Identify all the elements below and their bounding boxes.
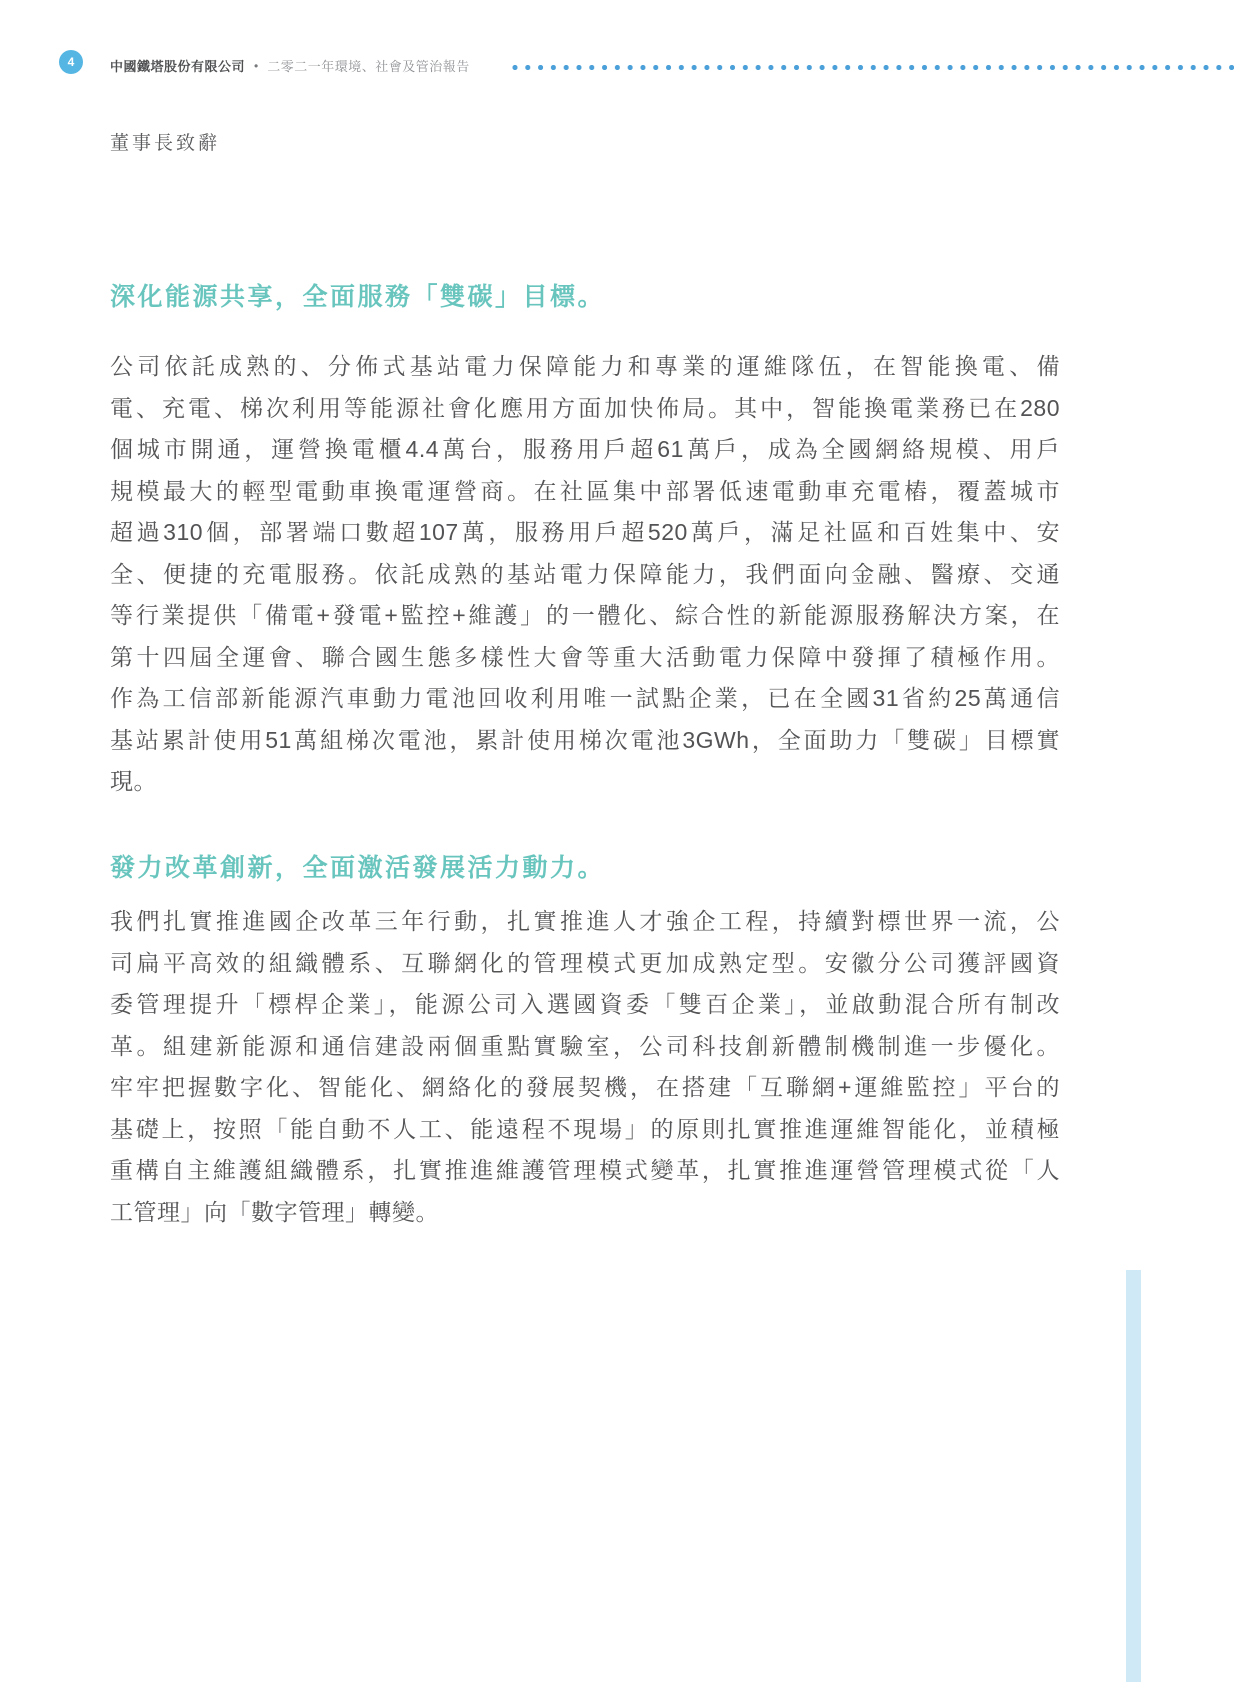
paragraph-line: 作為工信部新能源汽車動力電池回收利用唯一試點企業，已在全國31省約25萬通信 xyxy=(110,678,1060,720)
paragraph-line: 我們扎實推進國企改革三年行動，扎實推進人才強企工程，持續對標世界一流，公 xyxy=(110,901,1060,943)
paragraph-energy-sharing: 公司依託成熟的、分佈式基站電力保障能力和專業的運維隊伍，在智能換電、備電、充電、… xyxy=(110,346,1060,803)
paragraph-line: 個城市開通，運營換電櫃4.4萬台，服務用戶超61萬戶，成為全國網絡規模、用戶 xyxy=(110,429,1060,471)
section-heading-energy-sharing: 深化能源共享，全面服務「雙碳」目標。 xyxy=(110,280,605,314)
paragraph-line: 現。 xyxy=(110,761,1060,803)
paragraph-line: 基站累計使用51萬組梯次電池，累計使用梯次電池3GWh，全面助力「雙碳」目標實 xyxy=(110,720,1060,762)
right-edge-decor-bar xyxy=(1126,1270,1141,1682)
header-separator-dot: • xyxy=(254,59,258,73)
paragraph-line: 第十四屆全運會、聯合國生態多樣性大會等重大活動電力保障中發揮了積極作用。 xyxy=(110,637,1060,679)
page-header: 中國鐵塔股份有限公司 • 二零二一年環境、社會及管治報告 xyxy=(110,56,470,75)
paragraph-line: 重構自主維護組織體系，扎實推進維護管理模式變革，扎實推進運營管理模式從「人 xyxy=(110,1150,1060,1192)
paragraph-reform-innovation: 我們扎實推進國企改革三年行動，扎實推進人才強企工程，持續對標世界一流，公司扁平高… xyxy=(110,901,1060,1233)
paragraph-line: 工管理」向「數字管理」轉變。 xyxy=(110,1192,1060,1234)
paragraph-line: 委管理提升「標桿企業」，能源公司入選國資委「雙百企業」，並啟動混合所有制改 xyxy=(110,984,1060,1026)
page-number: 4 xyxy=(68,55,75,69)
paragraph-line: 革。組建新能源和通信建設兩個重點實驗室，公司科技創新體制機制進一步優化。 xyxy=(110,1026,1060,1068)
paragraph-line: 基礎上，按照「能自動不人工、能遠程不現場」的原則扎實推進運維智能化，並積極 xyxy=(110,1109,1060,1151)
header-company-name: 中國鐵塔股份有限公司 xyxy=(110,56,245,75)
header-report-title: 二零二一年環境、社會及管治報告 xyxy=(267,56,470,75)
dotted-leader-line xyxy=(512,64,1234,71)
paragraph-line: 牢牢把握數字化、智能化、網絡化的發展契機，在搭建「互聯網+運維監控」平台的 xyxy=(110,1067,1060,1109)
paragraph-line: 超過310個，部署端口數超107萬，服務用戶超520萬戶，滿足社區和百姓集中、安 xyxy=(110,512,1060,554)
report-page: 4 中國鐵塔股份有限公司 • 二零二一年環境、社會及管治報告 董事長致辭 深化能… xyxy=(0,0,1240,1682)
section-label: 董事長致辭 xyxy=(110,128,220,155)
paragraph-line: 電、充電、梯次利用等能源社會化應用方面加快佈局。其中，智能換電業務已在280 xyxy=(110,388,1060,430)
section-heading-reform-innovation: 發力改革創新，全面激活發展活力動力。 xyxy=(110,851,605,885)
paragraph-line: 公司依託成熟的、分佈式基站電力保障能力和專業的運維隊伍，在智能換電、備 xyxy=(110,346,1060,388)
page-number-badge: 4 xyxy=(59,50,83,74)
paragraph-line: 司扁平高效的組織體系、互聯網化的管理模式更加成熟定型。安徽分公司獲評國資 xyxy=(110,943,1060,985)
paragraph-line: 全、便捷的充電服務。依託成熟的基站電力保障能力，我們面向金融、醫療、交通 xyxy=(110,554,1060,596)
paragraph-line: 等行業提供「備電+發電+監控+維護」的一體化、綜合性的新能源服務解決方案，在 xyxy=(110,595,1060,637)
paragraph-line: 規模最大的輕型電動車換電運營商。在社區集中部署低速電動車充電樁，覆蓋城市 xyxy=(110,471,1060,513)
